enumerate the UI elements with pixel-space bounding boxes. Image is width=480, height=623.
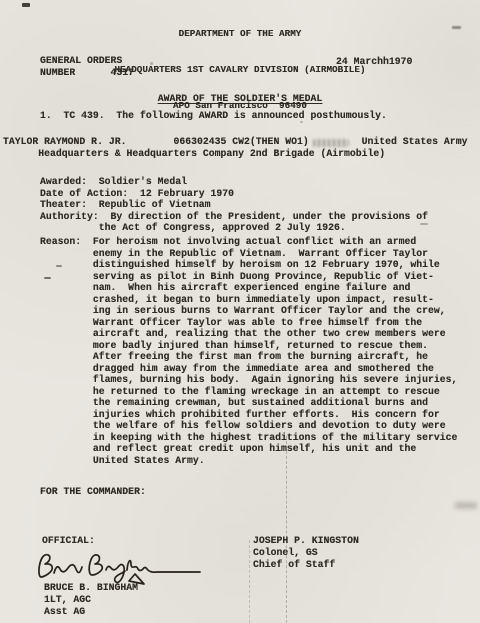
scan-speck (300, 121, 303, 123)
scan-speck (22, 3, 30, 7)
award-title: AWARD OF THE SOLDIER'S MEDAL (0, 93, 480, 105)
for-the-commander-line: FOR THE COMMANDER: (40, 486, 146, 498)
fold-line-artifact (286, 436, 287, 623)
letterhead-department: DEPARTMENT OF THE ARMY (0, 28, 480, 40)
general-orders-number: GENERAL ORDERS NUMBER 4317 (40, 55, 134, 79)
document-page: { "document": { "header": { "department"… (0, 0, 480, 623)
award-details-block: Awarded: Soldier's Medal Date of Action:… (40, 176, 428, 234)
approver-block: JOSEPH P. KINGSTON Colonel, GS Chief of … (253, 535, 359, 571)
scan-speck (420, 223, 428, 225)
order-date: 24 Marchh1970 (336, 56, 412, 68)
scan-speck (44, 277, 51, 279)
redacted-text-smudge (313, 139, 349, 147)
signer-name-block: BRUCE B. BINGHAM 1LT, AGC Asst AG (44, 582, 138, 618)
intro-paragraph: 1. TC 439. The following AWARD is announ… (40, 110, 387, 122)
scan-speck (455, 502, 477, 509)
scan-speck (56, 265, 62, 267)
fold-line-artifact (249, 540, 250, 623)
scan-speck (150, 62, 153, 65)
recipient-block: TAYLOR RAYMOND R. JR. 066302435 CW2(THEN… (3, 136, 467, 160)
scan-speck (452, 26, 461, 29)
official-label: OFFICIAL: (42, 535, 95, 547)
reason-citation-block: Reason: For heroism not involving actual… (40, 236, 457, 466)
